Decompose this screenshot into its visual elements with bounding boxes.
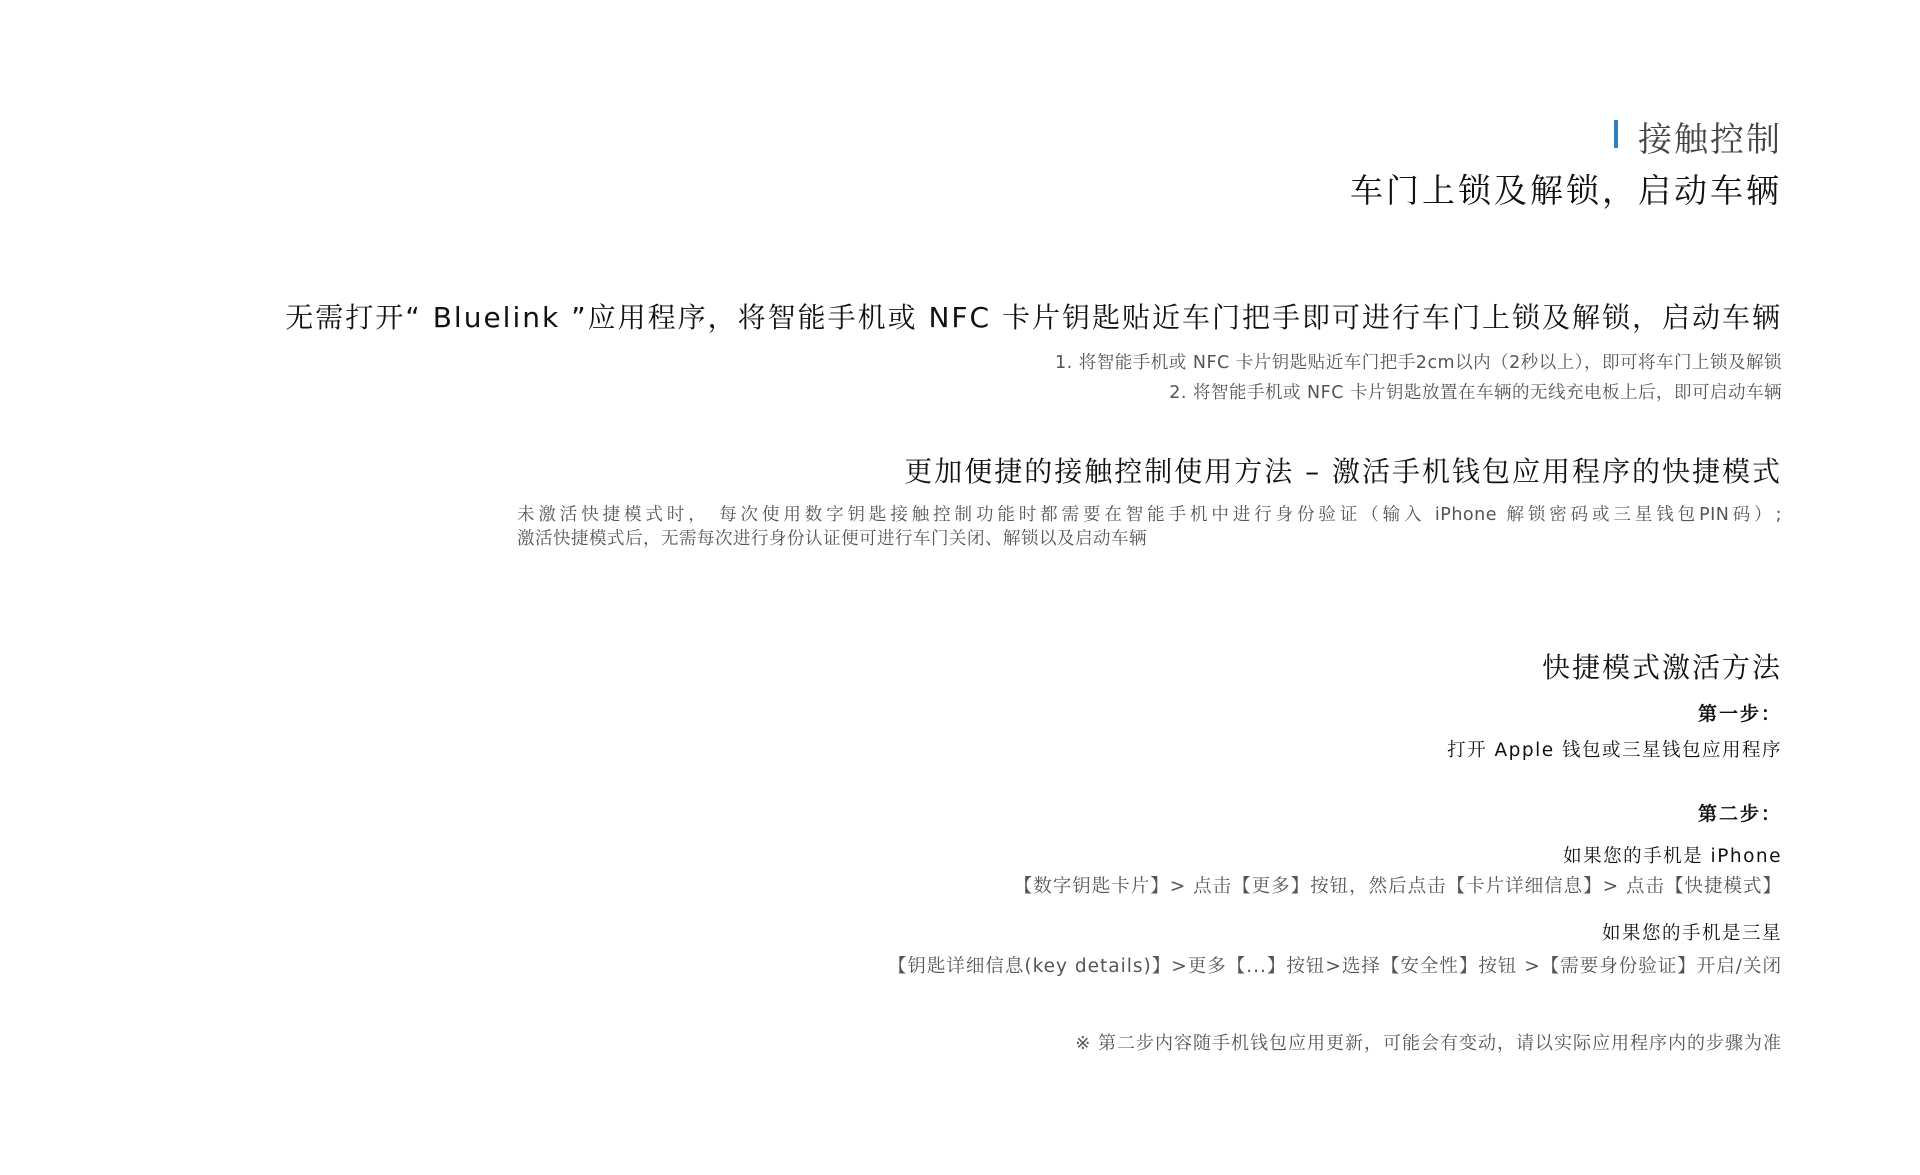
intro-headline: 无需打开“ Bluelink ”应用程序，将智能手机或 NFC 卡片钥匙贴近车门… bbox=[285, 296, 1782, 336]
step1-label: 第一步： bbox=[1698, 699, 1782, 726]
iphone-instructions: 【数字钥匙卡片】> 点击【更多】按钮，然后点击【卡片详细信息】> 点击【快捷模式… bbox=[1014, 872, 1782, 898]
step1-description: 打开 Apple 钱包或三星钱包应用程序 bbox=[1447, 736, 1782, 762]
activation-heading: 快捷模式激活方法 bbox=[1542, 646, 1782, 686]
samsung-instructions: 【钥匙详细信息(key details)】>更多【...】按钮>选择【安全性】按… bbox=[888, 952, 1782, 978]
update-note: ※ 第二步内容随手机钱包应用更新，可能会有变动，请以实际应用程序内的步骤为准 bbox=[1075, 1029, 1782, 1055]
samsung-heading: 如果您的手机是三星 bbox=[1602, 919, 1782, 945]
section-label: 接触控制 bbox=[1638, 112, 1782, 161]
page-title: 车门上锁及解锁，启动车辆 bbox=[1350, 165, 1782, 212]
express-heading: 更加便捷的接触控制使用方法 – 激活手机钱包应用程序的快捷模式 bbox=[904, 450, 1782, 490]
express-paragraph-line-2: 激活快捷模式后，无需每次进行身份认证便可进行车门关闭、解锁以及启动车辆 bbox=[517, 527, 1782, 551]
express-paragraph: 未激活快捷模式时， 每次使用数字钥匙接触控制功能时都需要在智能手机中进行身份验证… bbox=[517, 503, 1782, 551]
iphone-heading: 如果您的手机是 iPhone bbox=[1563, 842, 1782, 868]
step2-label: 第二步： bbox=[1698, 799, 1782, 826]
intro-list-item-2: 2. 将智能手机或 NFC 卡片钥匙放置在车辆的无线充电板上后，即可启动车辆 bbox=[1169, 379, 1782, 404]
section-accent-bar bbox=[1614, 120, 1618, 148]
intro-list-item-1: 1. 将智能手机或 NFC 卡片钥匙贴近车门把手2cm以内（2秒以上），即可将车… bbox=[1055, 349, 1782, 374]
express-paragraph-line-1: 未激活快捷模式时， 每次使用数字钥匙接触控制功能时都需要在智能手机中进行身份验证… bbox=[517, 503, 1782, 527]
